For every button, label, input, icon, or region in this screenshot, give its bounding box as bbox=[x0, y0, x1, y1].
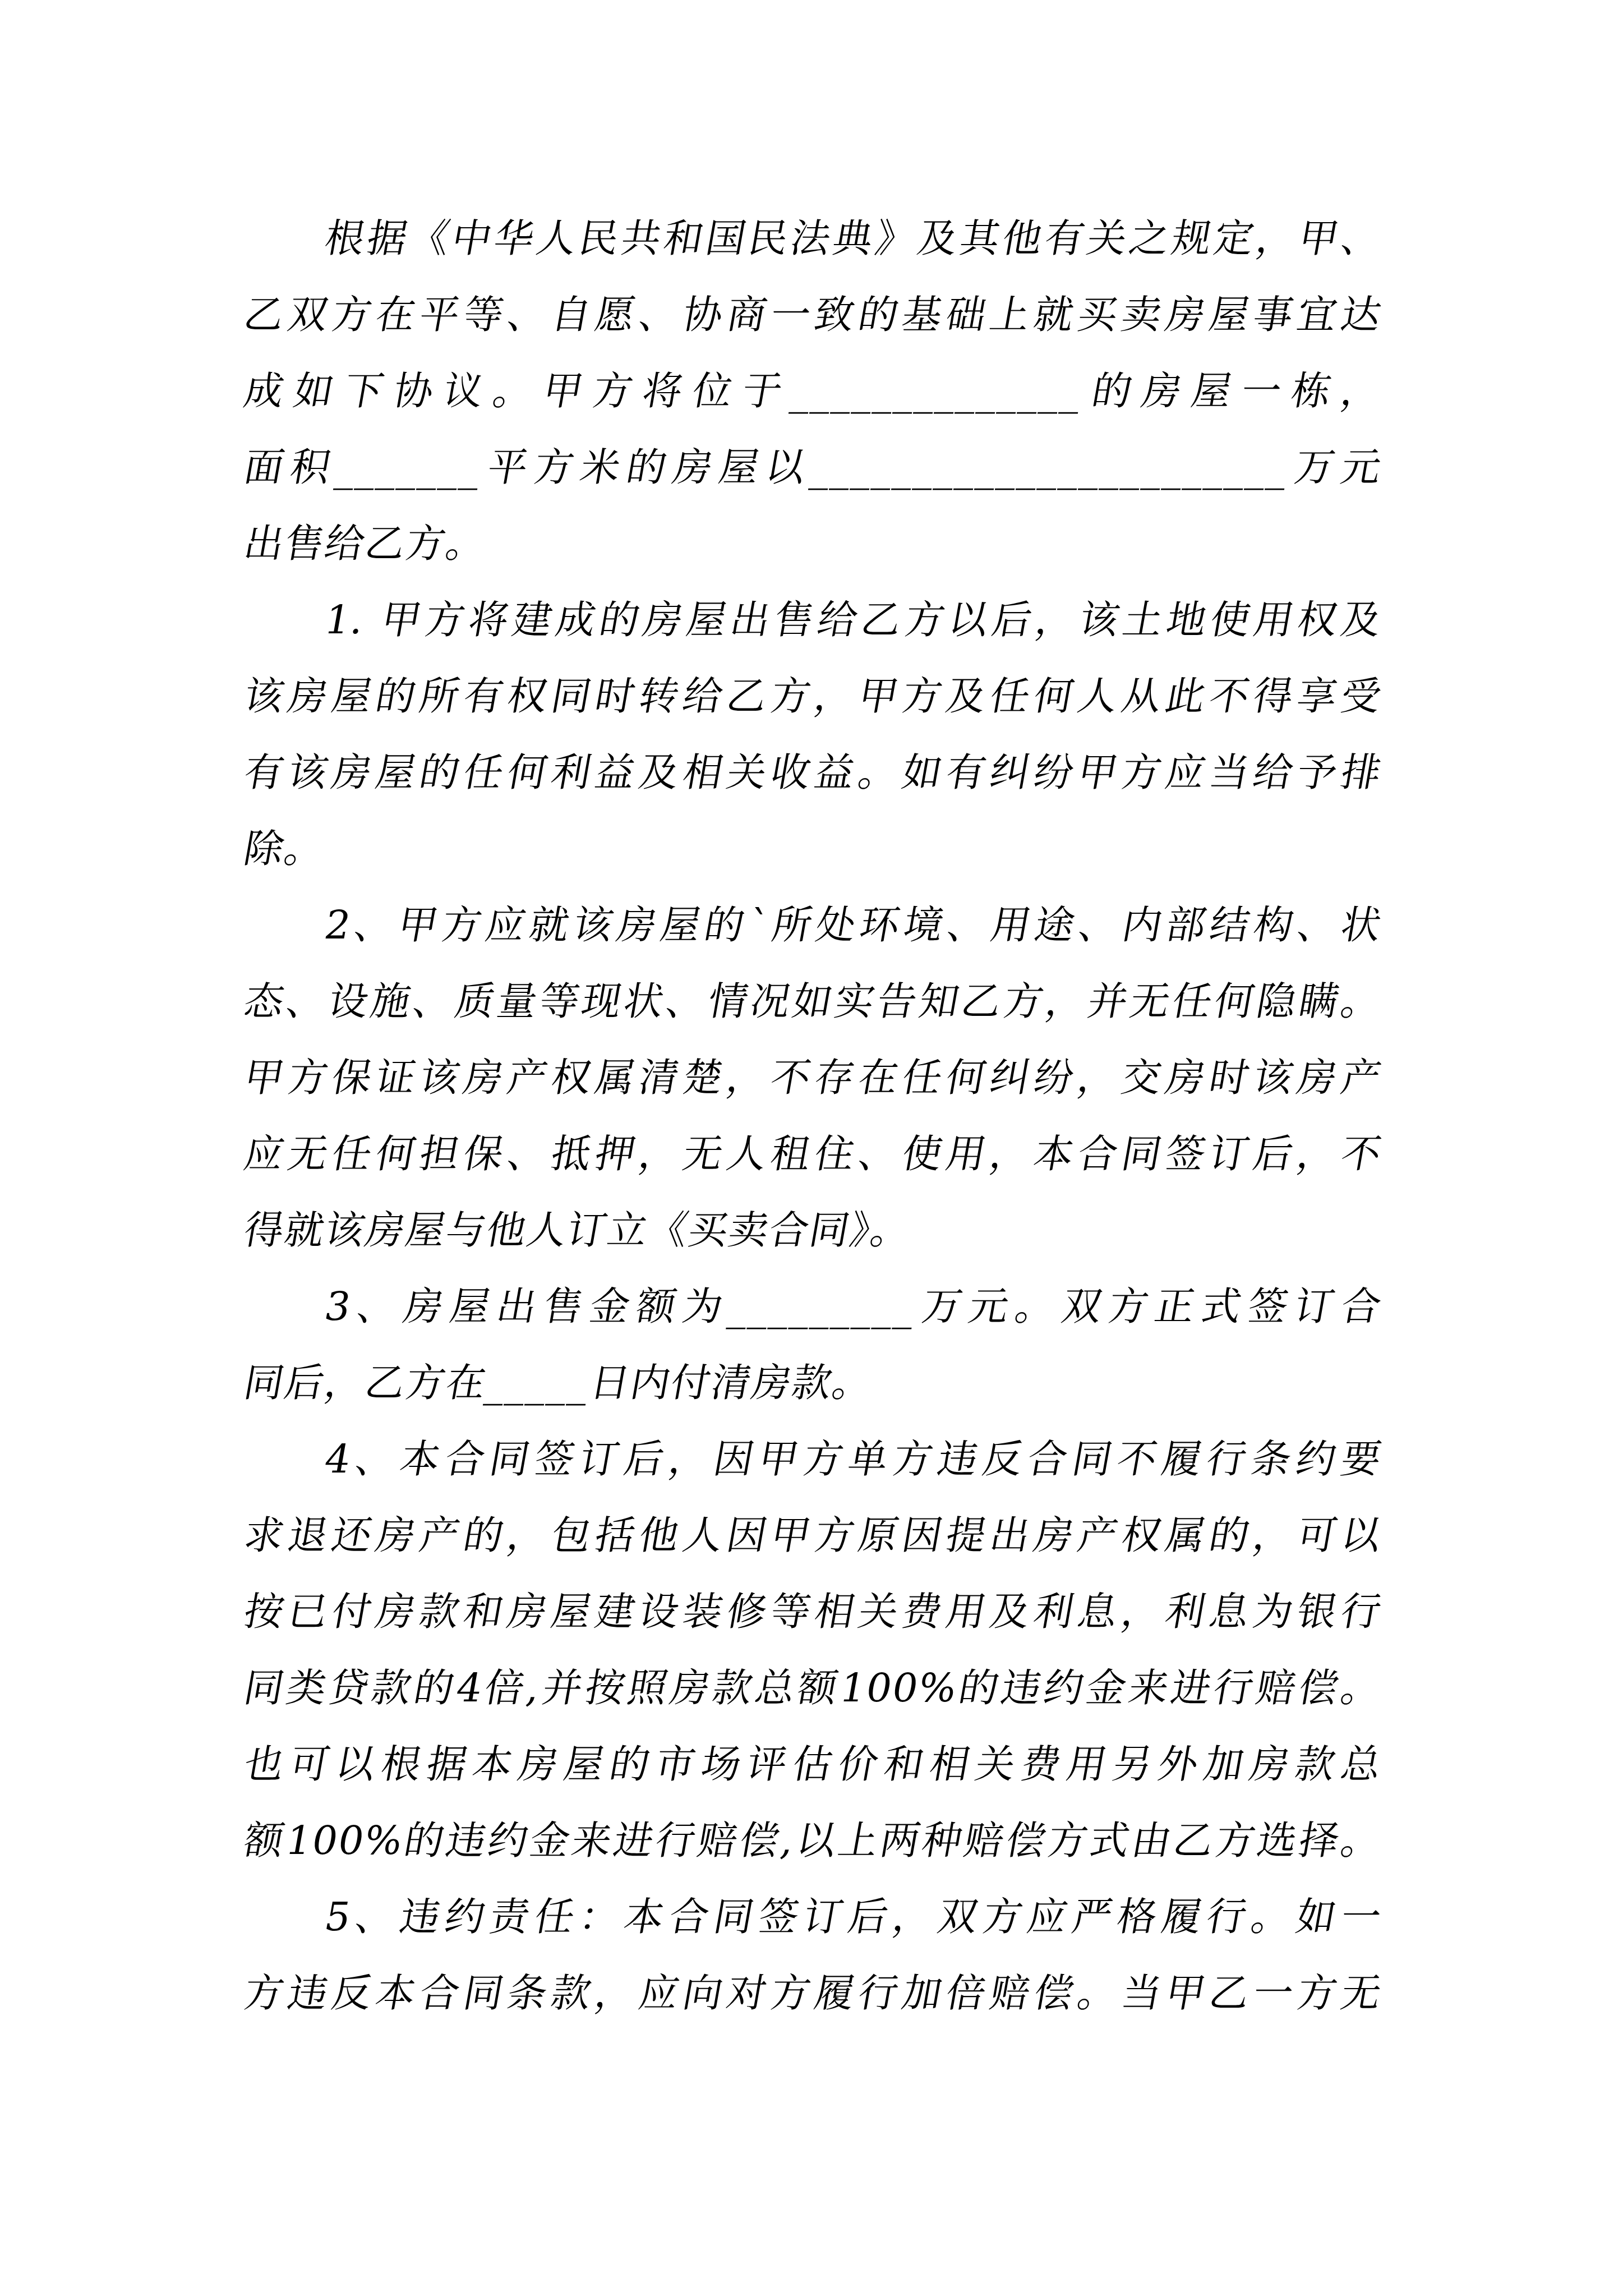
text-line: 有该房屋的任何利益及相关收益。如有纠纷甲方应当给予排 bbox=[238, 734, 1389, 811]
text-line: 应无任何担保、抵押，无人租住、使用，本合同签订后，不 bbox=[238, 1116, 1389, 1192]
text-line: 同类贷款的4倍,并按照房款总额100%的违约金来进行赔偿。 bbox=[238, 1650, 1389, 1726]
text-line: 也可以根据本房屋的市场评估价和相关费用另外加房款总 bbox=[238, 1726, 1389, 1802]
text-line: 除。 bbox=[238, 811, 1389, 887]
text-line: 该房屋的所有权同时转给乙方，甲方及任何人从此不得享受 bbox=[238, 658, 1389, 734]
text-line: 2、甲方应就该房屋的`所处环境、用途、内部结构、状 bbox=[238, 887, 1389, 963]
text-line: 出售给乙方。 bbox=[238, 505, 1389, 582]
text-line: 成如下协议。甲方将位于______________的房屋一栋， bbox=[238, 353, 1389, 429]
text-line: 额100%的违约金来进行赔偿,以上两种赔偿方式由乙方选择。 bbox=[238, 1802, 1389, 1879]
contract-document-page: 根据《中华人民共和国民法典》及其他有关之规定，甲、乙双方在平等、自愿、协商一致的… bbox=[245, 200, 1382, 2031]
text-line: 求退还房产的，包括他人因甲方原因提出房产权属的，可以 bbox=[238, 1497, 1389, 1573]
text-line: 同后，乙方在_____日内付清房款。 bbox=[238, 1345, 1389, 1421]
text-line: 1. 甲方将建成的房屋出售给乙方以后，该土地使用权及 bbox=[238, 582, 1389, 658]
text-line: 面积_______平方米的房屋以_______________________万… bbox=[238, 429, 1389, 505]
text-line: 3、房屋出售金额为_________万元。双方正式签订合 bbox=[238, 1268, 1389, 1345]
text-line: 甲方保证该房产权属清楚，不存在任何纠纷，交房时该房产 bbox=[238, 1039, 1389, 1116]
text-line: 根据《中华人民共和国民法典》及其他有关之规定，甲、 bbox=[238, 200, 1389, 277]
text-line: 得就该房屋与他人订立《买卖合同》。 bbox=[238, 1192, 1389, 1268]
text-line: 方违反本合同条款，应向对方履行加倍赔偿。当甲乙一方无 bbox=[238, 1955, 1389, 2031]
text-line: 4、本合同签订后，因甲方单方违反合同不履行条约要 bbox=[238, 1421, 1389, 1497]
text-line: 乙双方在平等、自愿、协商一致的基础上就买卖房屋事宜达 bbox=[238, 277, 1389, 353]
text-line: 态、设施、质量等现状、情况如实告知乙方，并无任何隐瞒。 bbox=[238, 963, 1389, 1039]
text-line: 按已付房款和房屋建设装修等相关费用及利息，利息为银行 bbox=[238, 1573, 1389, 1650]
text-line: 5、违约责任：本合同签订后，双方应严格履行。如一 bbox=[238, 1879, 1389, 1955]
